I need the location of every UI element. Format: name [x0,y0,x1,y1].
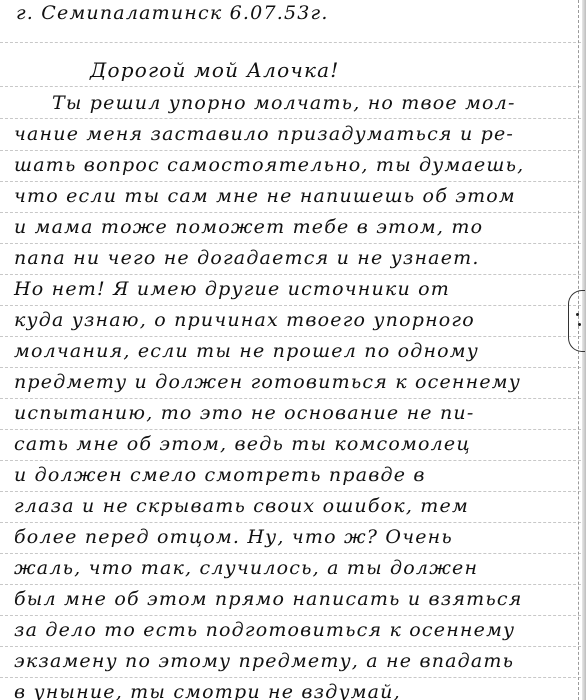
ruled-line [0,336,586,337]
letter-line: Ты решил упорно молчать, но твое мол- [52,92,516,114]
letter-line: шать вопрос самостоятельно, ты думаешь, [14,154,524,176]
ruled-line [0,522,586,523]
ruled-line [0,42,586,43]
ruled-line [0,118,586,119]
letter-line: более перед отцом. Ну, что ж? Очень [14,526,453,548]
ruled-line [0,553,586,554]
ruled-line [0,429,586,430]
ruled-line [0,305,586,306]
ruled-line [0,212,586,213]
ruled-line [0,615,586,616]
letter-page: г. Семипалатинск 6.07.53г. Дорогой мой А… [0,0,586,700]
letter-line: что если ты сам мне не напишешь об этом [14,185,516,207]
letter-line: жаль, что так, случилось, а ты должен [14,557,478,579]
letter-line: предмету и должен готовиться к осеннему [14,371,521,393]
ruled-line [0,677,586,678]
letter-line: чание меня заставило призадуматься и ре- [14,123,514,145]
letter-line: и должен смело смотреть правде в [14,464,426,486]
ruled-line [0,150,586,151]
letter-line: папа ни чего не догадается и не узнает. [14,247,480,269]
margin-bracket-mark [568,290,585,352]
ruled-line [0,243,586,244]
letter-line: за дело то есть подготовиться к осеннему [14,619,515,641]
ruled-line [0,491,586,492]
ruled-line [0,584,586,585]
letter-line: молчания, если ты не прошел по одному [14,340,479,362]
letter-line: испытанию, то это не основание не пи- [14,402,474,424]
letter-line: в уныние, ты смотри не вздумай, [14,681,401,700]
letter-line: и мама тоже поможет тебе в этом, то [14,216,483,238]
letter-line: куда узнаю, о причинах твоего упорного [14,309,475,331]
ruled-line [0,646,586,647]
ruled-line [0,181,586,182]
ruled-line [0,367,586,368]
letter-line: сать мне об этом, ведь ты комсомолец [14,433,471,455]
ruled-line [0,398,586,399]
letter-line: экзамену по этому предмету, а не впадать [14,650,514,672]
letter-line: был мне об этом прямо написать и взяться [14,588,522,610]
letter-line: глаза и не скрывать своих ошибок, тем [14,495,469,517]
ruled-line [0,274,586,275]
ruled-line [0,86,586,87]
ruled-line [0,460,586,461]
letter-greeting: Дорогой мой Алочка! [90,58,339,82]
letter-place-date: г. Семипалатинск 6.07.53г. [16,2,329,24]
letter-line: Но нет! Я имею другие источники от [14,278,450,300]
